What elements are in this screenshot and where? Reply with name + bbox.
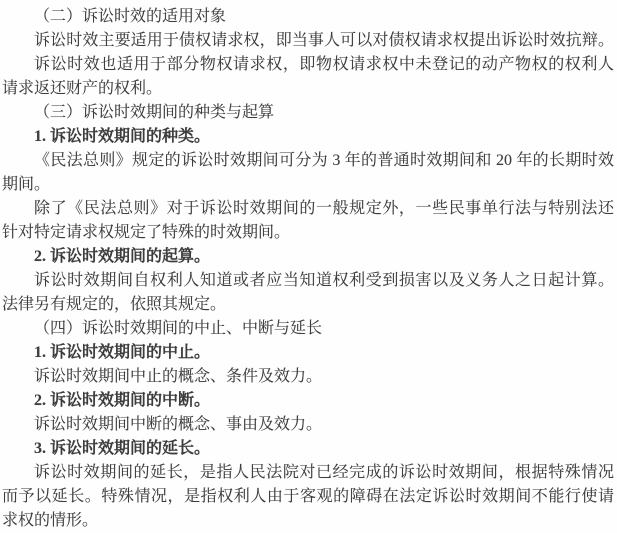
paragraph-line: 期间。: [2, 173, 614, 197]
paragraph-line: 法律另有规定的，依照其规定。: [2, 293, 614, 317]
paragraph-line: 诉讼时效期间中止的概念、条件及效力。: [2, 365, 614, 389]
numbered-item-1: 1. 诉讼时效期间的种类。: [2, 125, 614, 149]
paragraph-line: 诉讼时效期间自权利人知道或者应当知道权利受到损害以及义务人之日起计算。: [2, 269, 614, 293]
paragraph-line: 除了《民法总则》对于诉讼时效期间的一般规定外，一些民事单行法与特别法还: [2, 197, 614, 221]
numbered-item-2: 2. 诉讼时效期间的起算。: [2, 245, 614, 269]
scanned-textbook-page: （二）诉讼时效的适用对象 诉讼时效主要适用于债权请求权，即当事人可以对债权请求权…: [0, 0, 617, 533]
paragraph-line: 针对特定请求权规定了特殊的时效期间。: [2, 221, 614, 245]
section-heading-2: （二）诉讼时效的适用对象: [2, 5, 614, 29]
paragraph-line: 求权的情形。: [2, 509, 614, 533]
paragraph-line: 请求返还财产的权利。: [2, 77, 614, 101]
numbered-item-3: 3. 诉讼时效期间的延长。: [2, 437, 614, 461]
paragraph-line: 诉讼时效主要适用于债权请求权，即当事人可以对债权请求权提出诉讼时效抗辩。: [2, 29, 614, 53]
numbered-item-1: 1. 诉讼时效期间的中止。: [2, 341, 614, 365]
section-heading-4: （四）诉讼时效期间的中止、中断与延长: [2, 317, 614, 341]
paragraph-line: 而予以延长。特殊情况，是指权利人由于客观的障碍在法定诉讼时效期间不能行使请: [2, 485, 614, 509]
paragraph-line: 《民法总则》规定的诉讼时效期间可分为 3 年的普通时效期间和 20 年的长期时效: [2, 149, 614, 173]
paragraph-line: 诉讼时效期间的延长，是指人民法院对已经完成的诉讼时效期间，根据特殊情况: [2, 461, 614, 485]
numbered-item-2: 2. 诉讼时效期间的中断。: [2, 389, 614, 413]
section-heading-3: （三）诉讼时效期间的种类与起算: [2, 101, 614, 125]
paragraph-line: 诉讼时效期间中断的概念、事由及效力。: [2, 413, 614, 437]
paragraph-line: 诉讼时效也适用于部分物权请求权，即物权请求权中未登记的动产物权的权利人: [2, 53, 614, 77]
